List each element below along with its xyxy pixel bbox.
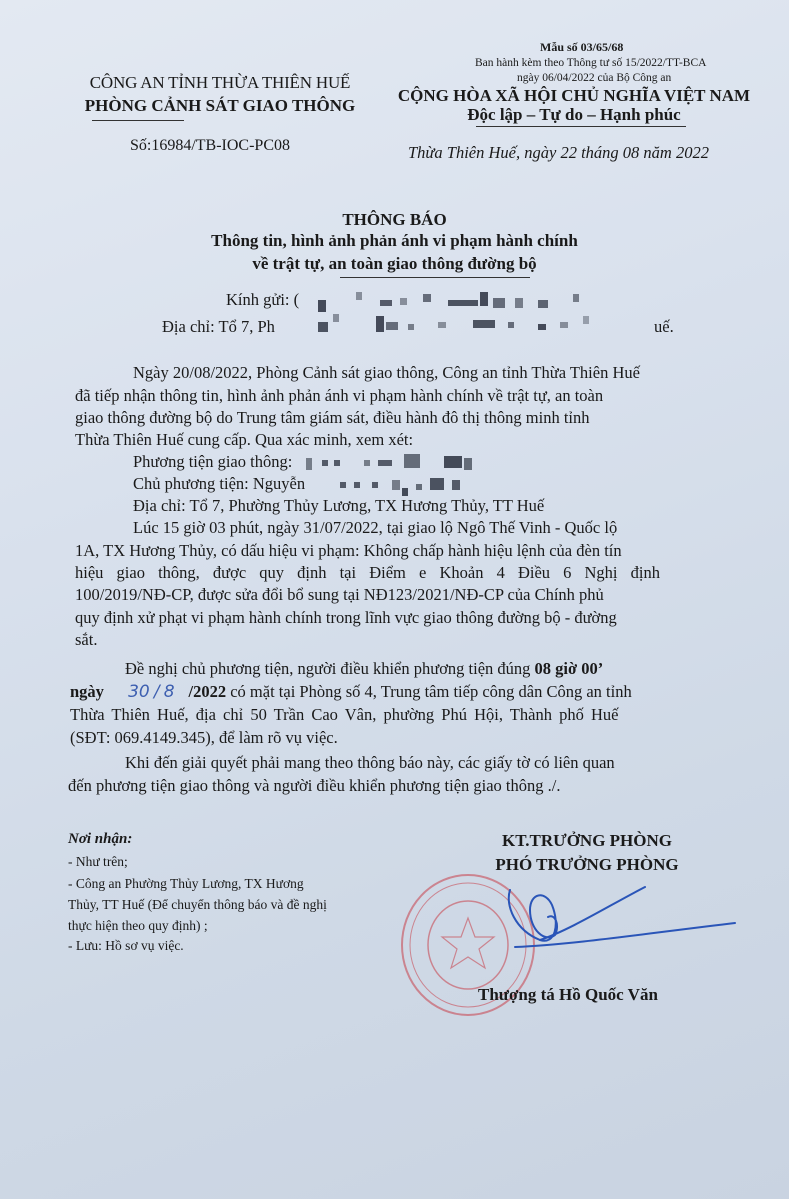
- redacted-vehicle-pixelation: [306, 454, 596, 472]
- handwritten-separator: /: [154, 682, 160, 702]
- paragraph-1-line-4: Thừa Thiên Huế cung cấp. Qua xác minh, x…: [75, 430, 413, 450]
- document-subtitle-2: về trật tự, an toàn giao thông đường bộ: [0, 254, 789, 274]
- form-issued-line-1: Ban hành kèm theo Thông tư số 15/2022/TT…: [475, 57, 706, 69]
- appointment-date-label: ngày: [70, 682, 104, 701]
- department-name: PHÒNG CẢNH SÁT GIAO THÔNG: [65, 96, 375, 116]
- appointment-time: 08 giờ 00’: [535, 659, 604, 678]
- violation-line-5: quy định xử phạt vi phạm hành chính tron…: [75, 608, 617, 628]
- paragraph-1-line-2: đã tiếp nhận thông tin, hình ảnh phản án…: [75, 386, 603, 406]
- request-line-1: Đề nghị chủ phương tiện, người điều khiể…: [125, 659, 603, 679]
- country-name: CỘNG HÒA XÃ HỘI CHỦ NGHĨA VIỆT NAM: [388, 86, 760, 106]
- signatory-title-2: PHÓ TRƯỞNG PHÒNG: [452, 855, 722, 875]
- place-date: Thừa Thiên Huế, ngày 22 tháng 08 năm 202…: [408, 143, 709, 163]
- recipients-item: Thủy, TT Huế (Để chuyển thông báo và đề …: [68, 897, 327, 913]
- signatory-title-1: KT.TRƯỞNG PHÒNG: [452, 831, 722, 851]
- violation-line-4: 100/2019/NĐ-CP, được sửa đổi bổ sung tại…: [75, 585, 604, 605]
- document-title: THÔNG BÁO: [0, 210, 789, 230]
- violation-line-2: 1A, TX Hương Thủy, có dấu hiệu vi phạm: …: [75, 541, 622, 561]
- agency-name: CÔNG AN TỈNH THỪA THIÊN HUẾ: [75, 73, 365, 93]
- form-number: Mẫu số 03/65/68: [540, 40, 623, 55]
- recipients-item: - Như trên;: [68, 854, 128, 870]
- request-line-3: Thừa Thiên Huế, địa chỉ 50 Trần Cao Vân,…: [70, 705, 618, 725]
- document-page: Mẫu số 03/65/68 Ban hành kèm theo Thông …: [0, 0, 789, 1199]
- recipients-item: - Công an Phường Thủy Lương, TX Hương: [68, 876, 304, 892]
- recipient-address-prefix: Địa chỉ: Tổ 7, Ph: [162, 317, 275, 337]
- handwritten-day: 30: [128, 682, 150, 702]
- redacted-owner-pixelation: [340, 476, 560, 498]
- recipient-label: Kính gửi: (: [226, 290, 299, 310]
- recipients-item: - Lưu: Hồ sơ vụ việc.: [68, 938, 184, 954]
- closing-line-2: đến phương tiện giao thông và người điều…: [68, 776, 560, 796]
- recipient-address-suffix: uế.: [654, 317, 674, 337]
- national-motto: Độc lập – Tự do – Hạnh phúc: [445, 105, 703, 125]
- redacted-recipient-pixelation: [318, 292, 618, 336]
- document-subtitle-1: Thông tin, hình ảnh phản ánh vi phạm hàn…: [0, 231, 789, 251]
- handwritten-month: 8: [164, 682, 175, 702]
- closing-line-1: Khi đến giải quyết phải mang theo thông …: [125, 753, 615, 773]
- violation-line-6: sắt.: [75, 630, 97, 650]
- owner-address: Địa chỉ: Tổ 7, Phường Thủy Lương, TX Hươ…: [133, 496, 544, 516]
- violation-line-3: hiệu giao thông, được quy định tại Điểm …: [75, 563, 660, 583]
- signatory-name: Thượng tá Hồ Quốc Văn: [478, 985, 658, 1005]
- recipients-title: Nơi nhận:: [68, 831, 132, 848]
- vehicle-label: Phương tiện giao thông:: [133, 452, 292, 472]
- violation-line-1: Lúc 15 giờ 03 phút, ngày 31/07/2022, tại…: [133, 518, 617, 538]
- paragraph-1-line-3: giao thông đường bộ do Trung tâm giám sá…: [75, 408, 590, 428]
- recipients-item: thực hiện theo quy định) ;: [68, 918, 208, 934]
- owner-label: Chủ phương tiện: Nguyễn: [133, 474, 305, 494]
- document-number: Số:16984/TB-IOC-PC08: [100, 137, 320, 155]
- title-underline: [340, 277, 530, 278]
- request-line-4: (SĐT: 069.4149.345), để làm rõ vụ việc.: [70, 728, 338, 748]
- signature-icon: [500, 885, 740, 965]
- header-right-underline: [476, 126, 686, 127]
- header-left-underline: [92, 120, 184, 121]
- request-line-2-text: có mặt tại Phòng số 4, Trung tâm tiếp cô…: [226, 682, 632, 701]
- appointment-year: /2022: [189, 682, 227, 701]
- request-line-2: ngày 30 / 8/2022 có mặt tại Phòng số 4, …: [70, 682, 632, 702]
- form-issued-line-2: ngày 06/04/2022 của Bộ Công an: [517, 72, 671, 84]
- paragraph-1-line-1: Ngày 20/08/2022, Phòng Cảnh sát giao thô…: [133, 363, 640, 383]
- request-line-1-text: Đề nghị chủ phương tiện, người điều khiể…: [125, 659, 535, 678]
